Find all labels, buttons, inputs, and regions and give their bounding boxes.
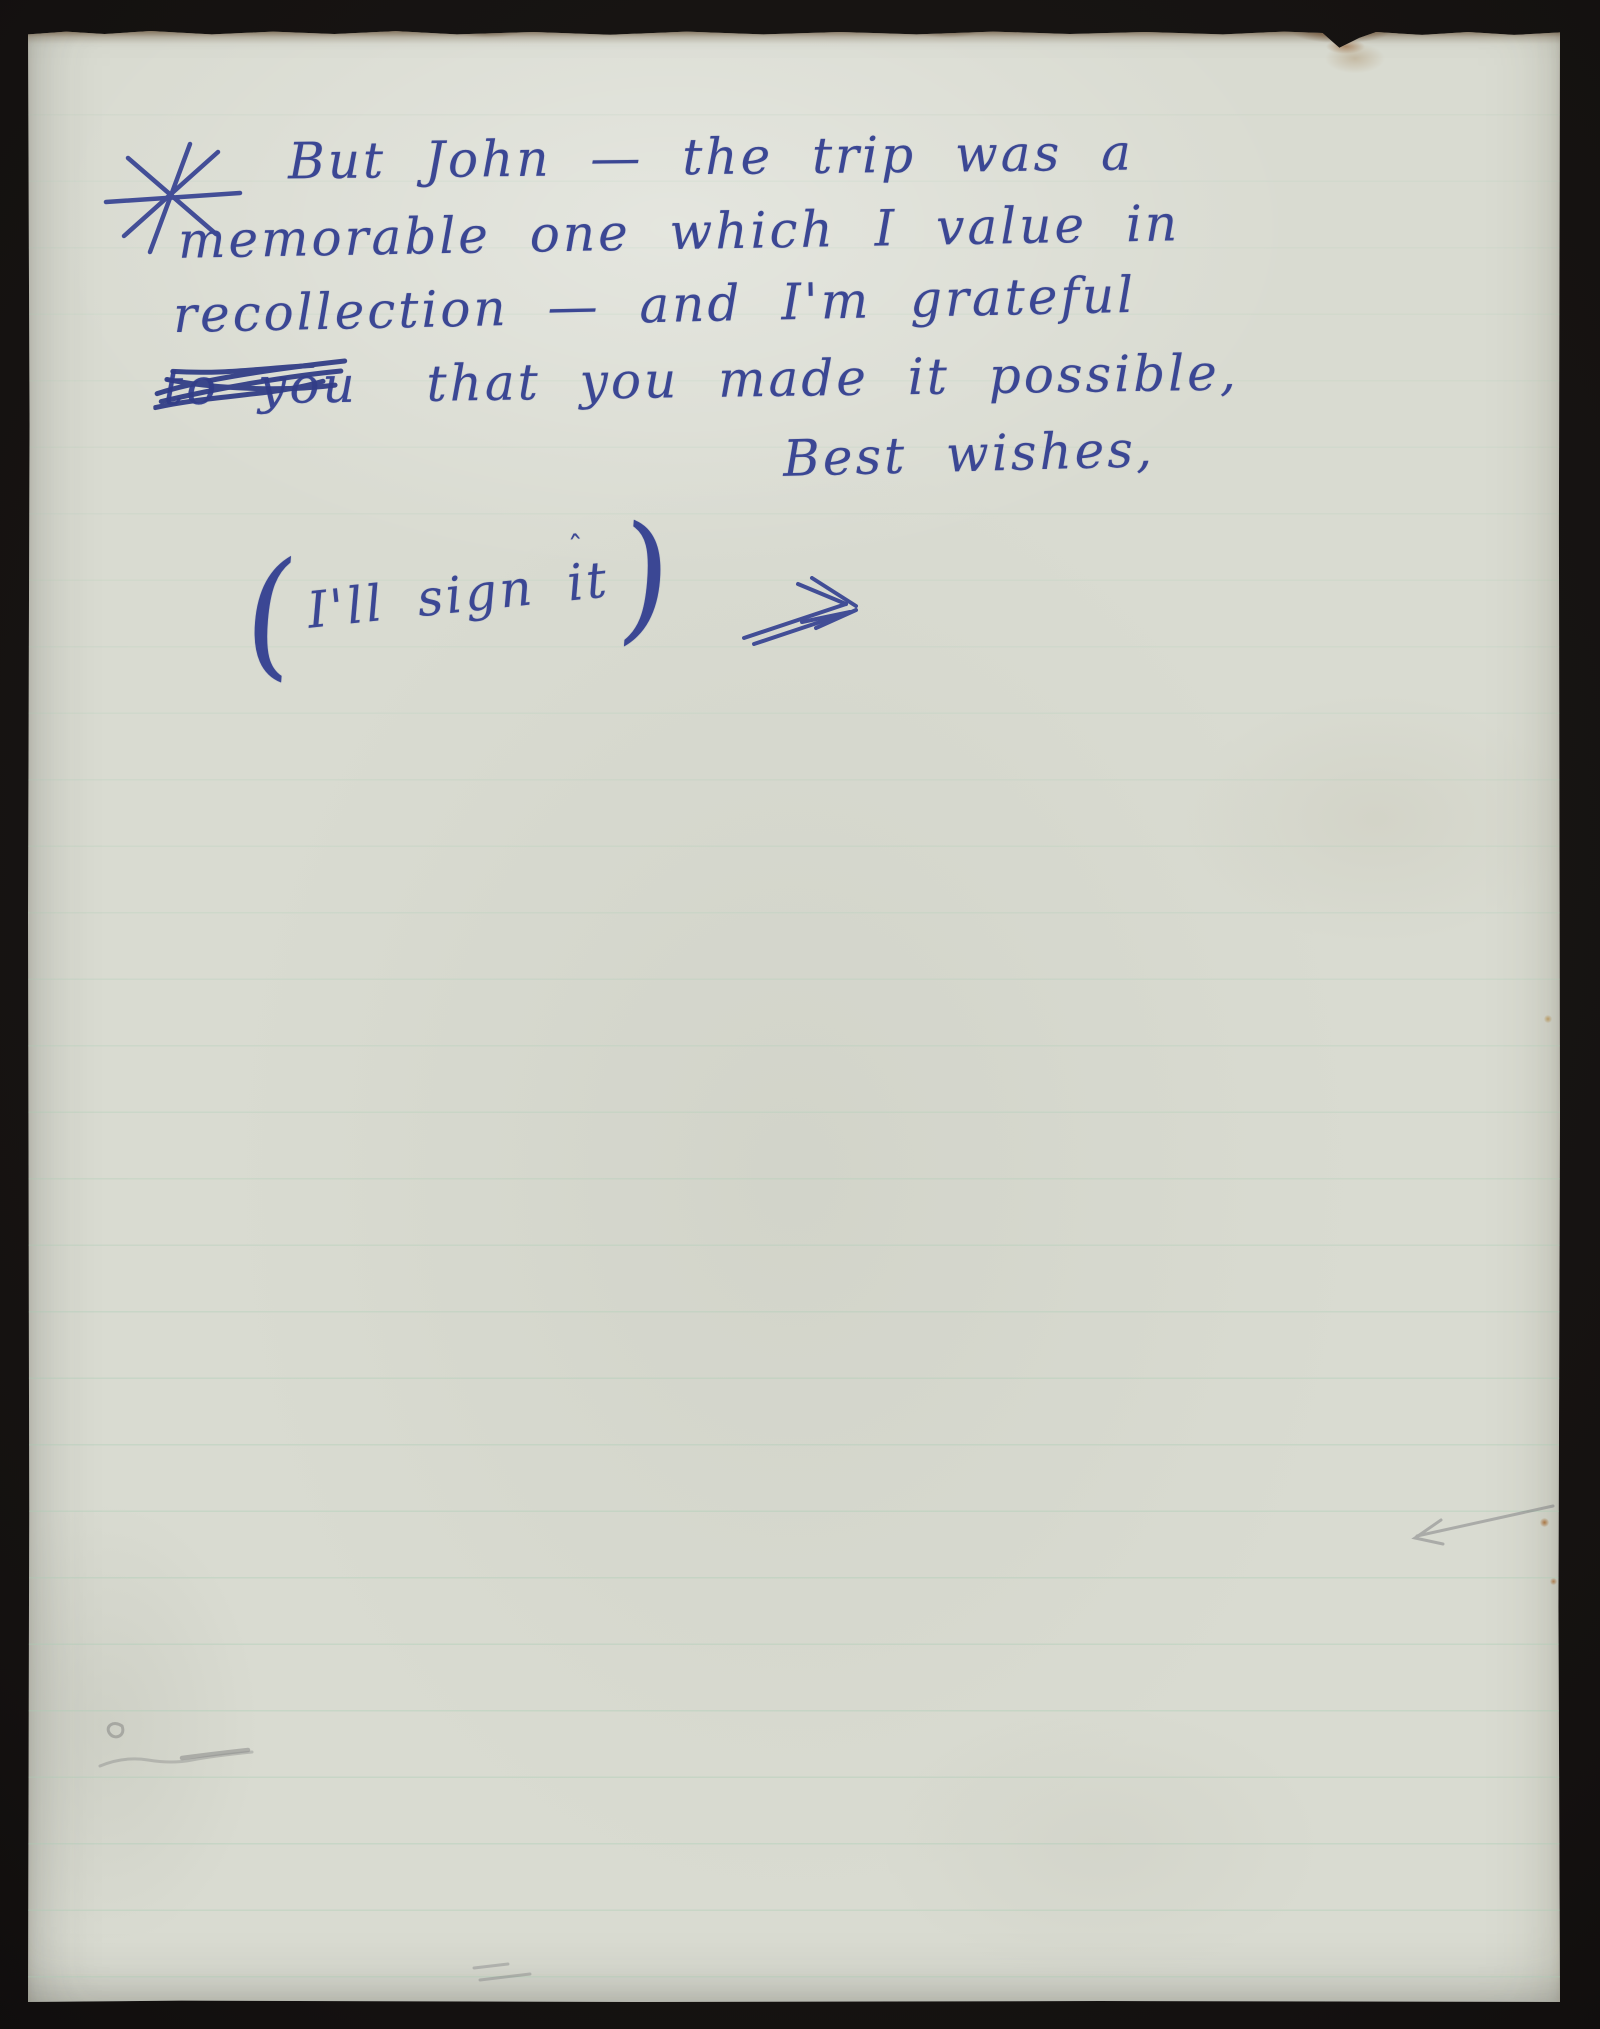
rust-spot xyxy=(1544,1015,1552,1023)
closing-line: Best wishes, xyxy=(782,417,1155,491)
open-paren: ( xyxy=(239,560,303,670)
letter-page: But John — the trip was a memorable one … xyxy=(28,30,1560,2002)
close-paren: ) xyxy=(614,520,678,630)
faint-mark xyxy=(468,1960,538,1986)
handwritten-line-4-rest: that you made it possible, xyxy=(426,343,1239,412)
faint-arrow xyxy=(1383,1492,1563,1552)
pencil-scribble xyxy=(86,1708,266,1788)
handwritten-line-1: But John — the trip was a xyxy=(288,121,1135,194)
scan-background: But John — the trip was a memorable one … xyxy=(0,0,1600,2029)
arrow-icon xyxy=(728,560,888,660)
rust-spot xyxy=(1540,1518,1549,1527)
struck-words: to you xyxy=(163,353,359,420)
sign-note-text: I'll sign it xyxy=(304,547,612,642)
tear-stain xyxy=(1298,32,1393,80)
rust-spot xyxy=(1550,1578,1557,1585)
